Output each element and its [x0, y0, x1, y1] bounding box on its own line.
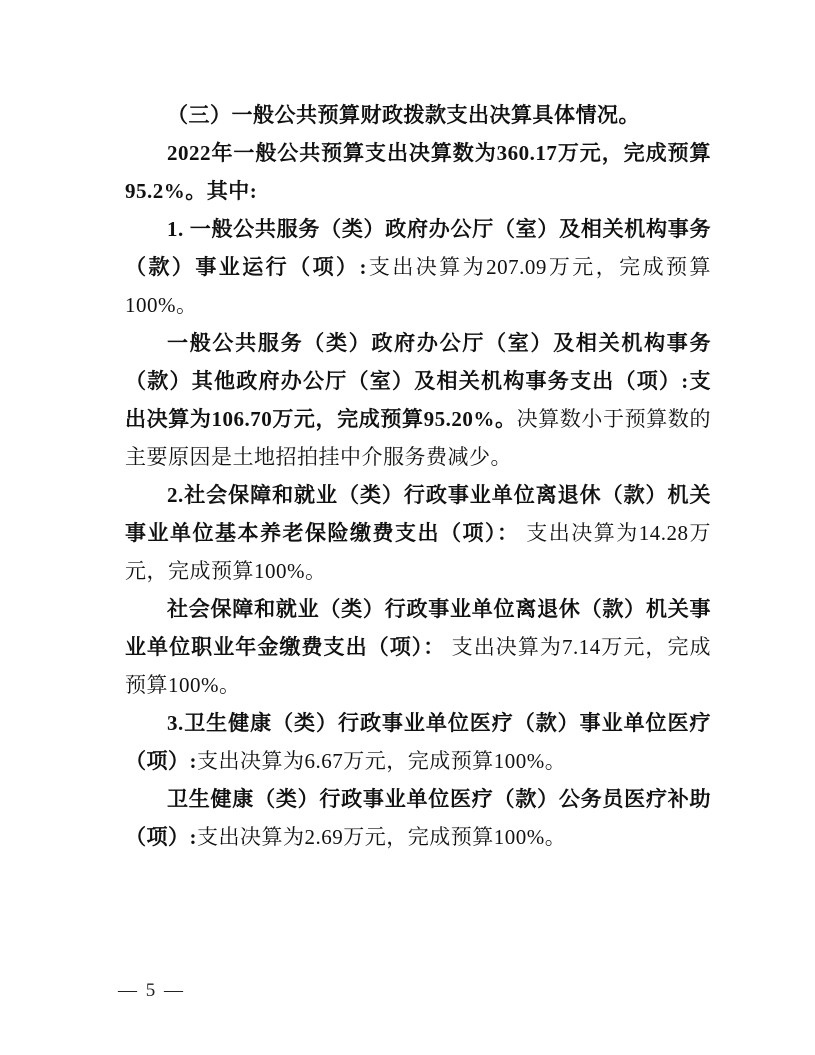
paragraph-text-bold: （三）一般公共预算财政拨款支出决算具体情况。	[167, 103, 640, 127]
paragraph: 卫生健康（类）行政事业单位医疗（款）公务员医疗补助（项）:支出决算为2.69万元…	[125, 780, 711, 856]
paragraph: 一般公共服务（类）政府办公厅（室）及相关机构事务（款）其他政府办公厅（室）及相关…	[125, 324, 711, 476]
paragraph-text-bold: 2022年一般公共预算支出决算数为360.17万元，完成预算95.2%。其中:	[125, 141, 711, 203]
page-number: — 5 —	[118, 980, 185, 1002]
document-body: （三）一般公共预算财政拨款支出决算具体情况。2022年一般公共预算支出决算数为3…	[125, 96, 711, 856]
paragraph: 3.卫生健康（类）行政事业单位医疗（款）事业单位医疗（项）:支出决算为6.67万…	[125, 704, 711, 780]
paragraph: 2022年一般公共预算支出决算数为360.17万元，完成预算95.2%。其中:	[125, 134, 711, 210]
paragraph: （三）一般公共预算财政拨款支出决算具体情况。	[125, 96, 711, 134]
document-page: （三）一般公共预算财政拨款支出决算具体情况。2022年一般公共预算支出决算数为3…	[0, 0, 815, 1055]
paragraph: 2.社会保障和就业（类）行政事业单位离退休（款）机关事业单位基本养老保险缴费支出…	[125, 476, 711, 590]
paragraph-text-regular: 支出决算为6.67万元，完成预算100%。	[197, 749, 566, 773]
paragraph-text-regular: 支出决算为2.69万元，完成预算100%。	[197, 825, 566, 849]
paragraph: 1. 一般公共服务（类）政府办公厅（室）及相关机构事务（款）事业运行（项）:支出…	[125, 210, 711, 324]
paragraph: 社会保障和就业（类）行政事业单位离退休（款）机关事业单位职业年金缴费支出（项）：…	[125, 590, 711, 704]
